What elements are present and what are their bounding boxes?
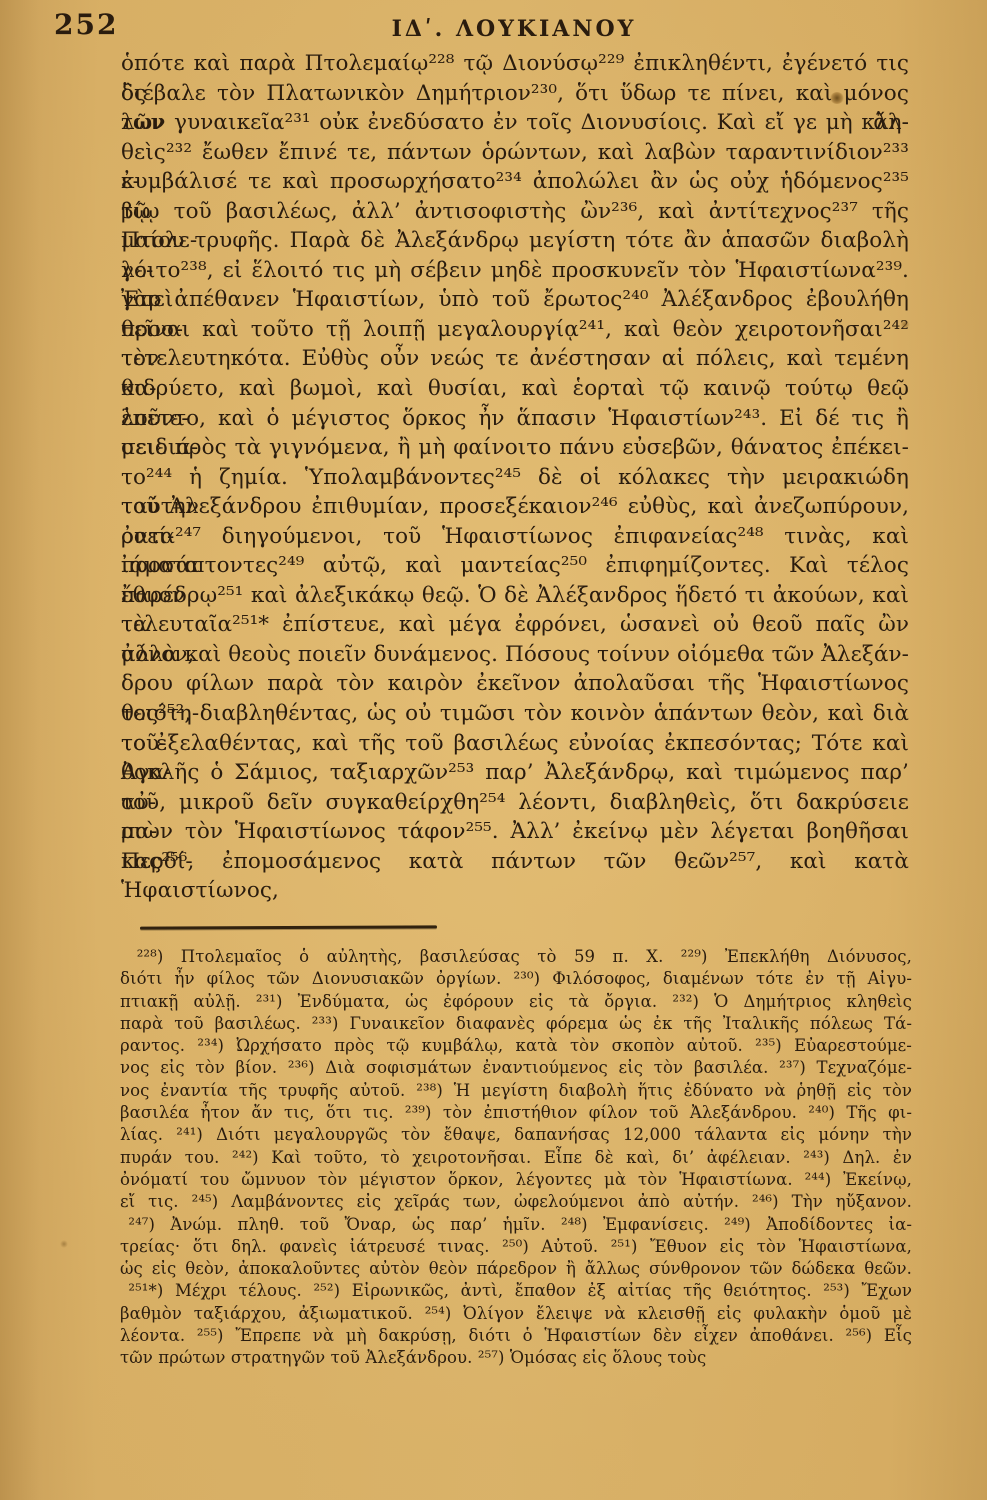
book-page: 252 ΙΔʹ. ΛΟΥΚΙΑΝΟΥ ὁπότε καὶ παρὰ Πτολεμ… [0, 0, 987, 1500]
main-text-block: ὁπότε καὶ παρὰ Πτολεμαίῳ²²⁸ τῷ Διονύσῳ²²… [121, 49, 909, 876]
footnote-line: ²²⁸) Πτολεμαῖος ὁ αὐλητὴς, βασιλεύσας τὸ… [120, 946, 912, 968]
text-line: γὰρ ἀπέθανεν Ἡφαιστίων, ὑπὸ τοῦ ἔρωτος²⁴… [121, 285, 909, 315]
footnote-line: νος ἐναντία τῆς τρυφῆς αὐτοῦ. ²³⁸) Ἡ μεγ… [120, 1080, 912, 1102]
footnote-line: ὡς εἰς θεὸν, ἀποκαλοῦντες αὐτὸν θεὸν πάρ… [120, 1258, 912, 1280]
footnote-line: πτιακῇ αὐλῇ. ²³¹) Ἐνδύματα, ὡς ἐφόρουν ε… [120, 991, 912, 1013]
text-line: θεὶς²³² ἔωθεν ἔπινέ τε, πάντων ὁρώντων, … [121, 138, 909, 168]
footnote-line: λέοντα. ²⁵⁵) Ἔπρεπε νὰ μὴ δακρύσῃ, διότι… [120, 1325, 912, 1347]
footnote-line: ²⁵¹*) Μέχρι τέλους. ²⁵²) Εἰρωνικῶς, ἀντὶ… [120, 1280, 912, 1302]
text-line: τοῦ Ἀλεξάνδρου ἐπιθυμίαν, προσεξέκαιον²⁴… [121, 492, 909, 522]
text-line: λοῦντο, καὶ ὁ μέγιστος ὅρκος ἦν ἅπασιν Ἡ… [121, 404, 909, 434]
text-line: ρατα²⁴⁷ διηγούμενοι, τοῦ Ἡφαιστίωνος ἐπι… [121, 522, 909, 552]
footnote-line: εἴ τις. ²⁴⁵) Λαμβάνοντες εἰς χεῖράς των,… [120, 1191, 912, 1213]
footnote-line: βασιλέα ἦτον ἄν τις, ὅτι τις. ²³⁹) τὸν ἐ… [120, 1102, 912, 1124]
footnote-line: διότι ἦν φίλος τῶν Διονυσιακῶν ὀργίων. ²… [120, 968, 912, 990]
text-line: θιδρύετο, καὶ βωμοὶ, καὶ θυσίαι, καὶ ἑορ… [121, 374, 909, 404]
footnote-line: λίας. ²⁴¹) Διότι μεγαλουργῶς τὸν ἔθαψε, … [120, 1124, 912, 1146]
text-line: ἀλλὰ καὶ θεοὺς ποιεῖν δυνάμενος. Πόσους … [121, 640, 909, 670]
text-line: τος²⁵², διαβληθέντας, ὡς οὐ τιμῶσι τὸν κ… [121, 699, 909, 729]
text-line: γοιτο²³⁸, εἰ ἕλοιτό τις μὴ σέβειν μηδὲ π… [121, 256, 909, 286]
footnote-line: ὀνόματί του ὤμνυον τὸν μέγιστον ὅρκον, λ… [120, 1169, 912, 1191]
text-line: κυμβάλισέ τε καὶ προσωρχήσατο²³⁴ ἀπολώλε… [121, 167, 909, 197]
text-line: βίῳ τοῦ βασιλέως, ἀλλ’ ἀντισοφιστὴς ὢν²³… [121, 197, 909, 227]
page-number: 252 [54, 8, 118, 41]
text-line: διέβαλε τὸν Πλατωνικὸν Δημήτριον²³⁰, ὅτι… [121, 79, 909, 109]
text-line: δρου φίλων παρὰ τὸν καιρὸν ἐκεῖνον ἀπολα… [121, 669, 909, 699]
footnotes-block: ²²⁸) Πτολεμαῖος ὁ αὐλητὴς, βασιλεύσας τὸ… [120, 946, 912, 1370]
text-line: θοκλῆς ὁ Σάμιος, ταξιαρχῶν²⁵³ παρ’ Ἀλεξά… [121, 758, 909, 788]
running-header: ΙΔʹ. ΛΟΥΚΙΑΝΟΥ [120, 16, 908, 42]
footnote-line: πυράν του. ²⁴²) Καὶ τοῦτο, τὸ χειροτονῆσ… [120, 1147, 912, 1169]
footnote-line: βαθμὸν ταξιάρχου, ἀξιωματικοῦ. ²⁵⁴) Ὀλίγ… [120, 1303, 912, 1325]
footnote-line: παρὰ τοῦ βασιλέως. ²³³) Γυναικεῖον διαφα… [120, 1013, 912, 1035]
ink-stain [60, 1240, 68, 1248]
text-line: ριὼν τὸν Ἡφαιστίωνος τάφον²⁵⁵. Ἀλλ’ ἐκεί… [121, 817, 909, 847]
footnote-line: ²⁴⁷) Ἀνώμ. πληθ. τοῦ Ὄναρ, ὡς παρ’ ἡμῖν.… [120, 1214, 912, 1236]
text-line: τοῦ, μικροῦ δεῖν συγκαθείρχθη²⁵⁴ λέοντι,… [121, 788, 909, 818]
text-line: κας²⁵⁶, ἐπομοσάμενος κατὰ πάντων τῶν θεῶ… [121, 847, 909, 877]
footnote-line: νος εἰς τὸν βίον. ²³⁶) Διὰ σοφισμάτων ἐν… [120, 1057, 912, 1079]
text-line: τελευταῖα²⁵¹* ἐπίστευε, καὶ μέγα ἐφρόνει… [121, 610, 909, 640]
text-line: προσάπτοντες²⁴⁹ αὐτῷ, καὶ μαντείας²⁵⁰ ἐπ… [121, 551, 909, 581]
footnote-separator [140, 925, 437, 929]
text-line: θεῖναι καὶ τοῦτο τῇ λοιπῇ μεγαλουργίᾳ²⁴¹… [121, 315, 909, 345]
footnote-line: ραντος. ²³⁴) Ὠρχήσατο πρὸς τῷ κυμβάλῳ, κ… [120, 1035, 912, 1057]
text-line: το²⁴⁴ ἡ ζημία. Ὑπολαμβάνοντες²⁴⁵ δὲ οἱ κ… [121, 463, 909, 493]
text-line: το ἐξελαθέντας, καὶ τῆς τοῦ βασιλέως εὐν… [121, 729, 909, 759]
text-line: λων γυναικεῖα²³¹ οὐκ ἐνεδύσατο ἐν τοῖς Δ… [121, 108, 909, 138]
text-line: μαίου τρυφῆς. Παρὰ δὲ Ἀλεξάνδρῳ μεγίστη … [121, 226, 909, 256]
footnote-line: τῶν πρώτων στρατηγῶν τοῦ Ἀλεξάνδρου. ²⁵⁷… [120, 1347, 912, 1369]
text-line: ὁπότε καὶ παρὰ Πτολεμαίῳ²²⁸ τῷ Διονύσῳ²²… [121, 49, 909, 79]
text-line: τετελευτηκότα. Εὐθὺς οὖν νεώς τε ἀνέστησ… [121, 344, 909, 374]
footnote-line: τρείας· ὅτι δηλ. φανεὶς ἰάτρευσέ τινας. … [120, 1236, 912, 1258]
text-line: σειε πρὸς τὰ γιγνόμενα, ἢ μὴ φαίνοιτο πά… [121, 433, 909, 463]
text-line: παρέδρῳ²⁵¹ καὶ ἀλεξικάκῳ θεῷ. Ὁ δὲ Ἀλέξα… [121, 581, 909, 611]
